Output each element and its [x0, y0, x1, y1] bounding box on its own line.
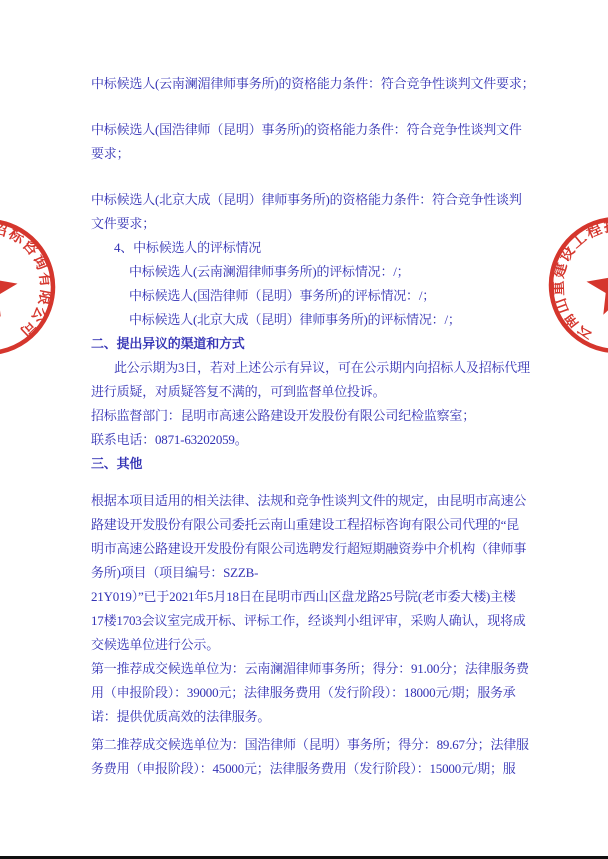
document-line: 中标候选人(北京大成（昆明）律师事务所)的资格能力条件：符合竞争性谈判 [91, 188, 531, 212]
seal-ring [541, 209, 608, 360]
document-line: 17楼1703会议室完成开标、评标工作，经谈判小组评审，采购人确认，现将成 [91, 609, 531, 633]
document-line: 第一推荐成交候选单位为：云南澜湄律师事务所；得分：91.00分；法律服务费 [91, 657, 531, 681]
document-page: 中标候选人(云南澜湄律师事务所)的资格能力条件：符合竞争性谈判文件要求；中标候选… [0, 0, 608, 859]
seal-stamp-icon: 云南山重建设工程招标咨询有限公司 5325204 [0, 201, 73, 373]
seal-star-icon [0, 254, 21, 319]
document-line: 交候选单位进行公示。 [91, 633, 531, 657]
document-line: 务费用（申报阶段）：45000元；法律服务费用（发行阶段）：15000元/期；服 [91, 757, 531, 781]
seal-ring [0, 211, 63, 362]
document-line: 诺：提供优质高效的法律服务。 [91, 705, 531, 729]
document-line: 第二推荐成交候选单位为：国浩律师（昆明）事务所；得分：89.67分；法律服 [91, 733, 531, 757]
document-line: 中标候选人(北京大成（昆明）律师事务所)的评标情况：/； [91, 308, 531, 332]
seal-company-name: 云南山重建设工程招标咨询有限公司 [0, 209, 65, 351]
document-line: 务所)项目（项目编号：SZZB- [91, 561, 531, 585]
document-line: 中标候选人(国浩律师（昆明）事务所)的评标情况：/； [91, 284, 531, 308]
document-line: 中标候选人(国浩律师（昆明）事务所)的资格能力条件：符合竞争性谈判文件 [91, 118, 531, 142]
document-line: 4、中标候选人的评标情况 [91, 236, 531, 260]
document-line: 三、其他 [91, 452, 531, 476]
document-line: 用（申报阶段）：39000元；法律服务费用（发行阶段）：18000元/期；服务承 [91, 681, 531, 705]
document-line: 21Y019）”已于2021年5月18日在昆明市西山区盘龙路25号院(老市委大楼… [91, 585, 531, 609]
document-line: 根据本项目适用的相关法律、法规和竞争性谈判文件的规定，由昆明市高速公 [91, 489, 531, 513]
document-line: 联系电话：0871-63202059。 [91, 428, 531, 452]
document-body: 中标候选人(云南澜湄律师事务所)的资格能力条件：符合竞争性谈判文件要求；中标候选… [91, 72, 531, 781]
company-seal-right: 云南山重建设工程招标咨询有限公司 8371500 [531, 199, 608, 371]
company-seal-left: 云南山重建设工程招标咨询有限公司 5325204 [0, 201, 73, 373]
seal-stamp-icon: 云南山重建设工程招标咨询有限公司 8371500 [531, 199, 608, 371]
document-line: 要求； [91, 142, 531, 166]
document-line: 中标候选人(云南澜湄律师事务所)的资格能力条件：符合竞争性谈判文件要求； [91, 72, 531, 96]
document-line: 招标监督部门：昆明市高速公路建设开发股份有限公司纪检监察室； [91, 404, 531, 428]
document-line: 明市高速公路建设开发股份有限公司选聘发行超短期融资券中介机构（律师事 [91, 537, 531, 561]
document-line: 二、提出异议的渠道和方式 [91, 332, 531, 356]
document-line: 路建设开发股份有限公司委托云南山重建设工程招标咨询有限公司代理的“昆 [91, 513, 531, 537]
document-line: 此公示期为3日，若对上述公示有异议，可在公示期内向招标人及招标代理 [91, 356, 531, 380]
document-line: 文件要求； [91, 212, 531, 236]
document-line: 中标候选人(云南澜湄律师事务所)的评标情况：/； [91, 260, 531, 284]
seal-star-icon [583, 252, 608, 317]
document-line: 进行质疑，对质疑答复不满的，可到监督单位投诉。 [91, 380, 531, 404]
seal-company-name: 云南山重建设工程招标咨询有限公司 [539, 207, 608, 349]
